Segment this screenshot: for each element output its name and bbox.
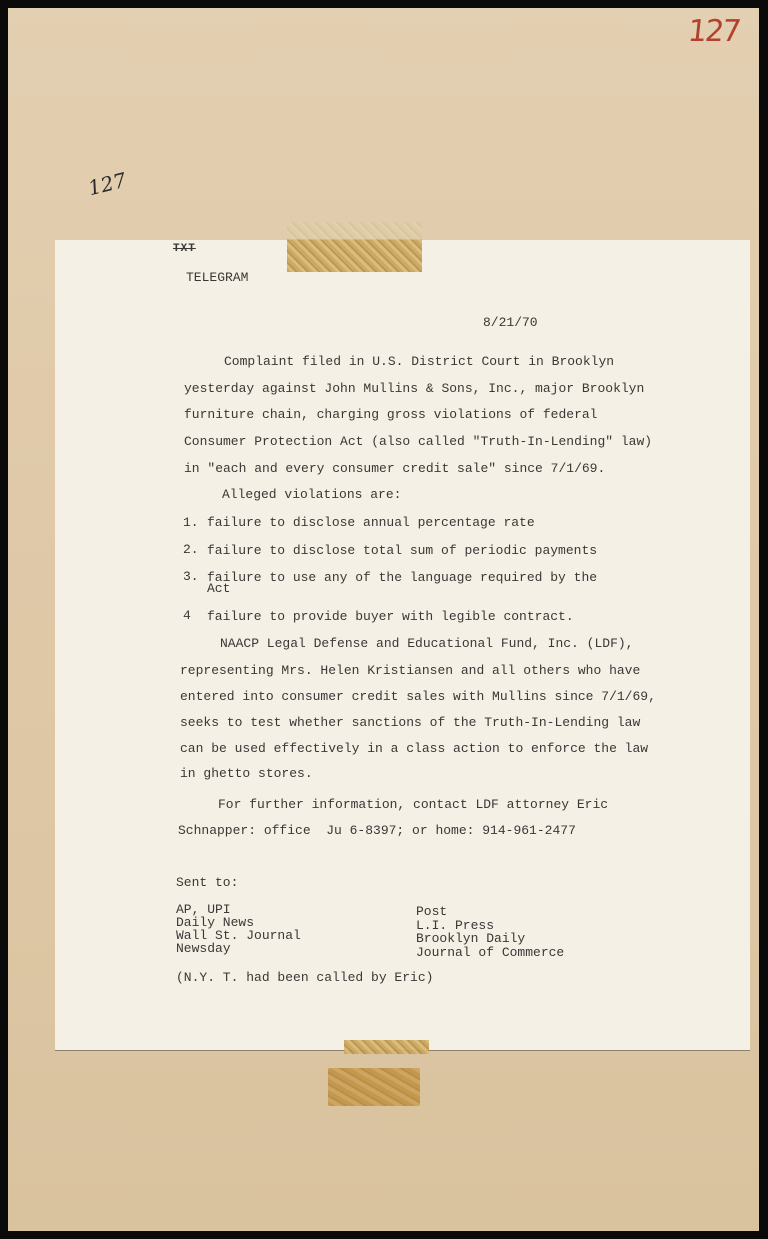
struck-heading: TXT — [173, 244, 196, 255]
paragraph-line: seeks to test whether sanctions of the T… — [180, 716, 640, 729]
paragraph-line: NAACP Legal Defense and Educational Fund… — [220, 637, 633, 650]
board-page-number: 127 — [686, 14, 741, 49]
paragraph-line: yesterday against John Mullins & Sons, I… — [184, 382, 644, 395]
recipient: Newsday — [176, 942, 231, 955]
tape-strip-bottom — [344, 1040, 429, 1054]
paragraph-line: Consumer Protection Act (also called "Tr… — [184, 435, 652, 448]
list-item: failure to use any of the language requi… — [207, 571, 597, 584]
sent-to-label: Sent to: — [176, 876, 238, 889]
paragraph-line: For further information, contact LDF att… — [218, 798, 608, 811]
list-item-number: 4 — [183, 609, 191, 622]
paragraph-line: in "each and every consumer credit sale"… — [184, 462, 605, 475]
list-item-number: 1. — [183, 516, 199, 529]
paragraph-line: representing Mrs. Helen Kristiansen and … — [180, 664, 640, 677]
list-item: failure to provide buyer with legible co… — [207, 610, 574, 623]
document-title: TELEGRAM — [186, 271, 248, 284]
recipient: Journal of Commerce — [416, 946, 564, 959]
list-item-continuation: Act — [207, 582, 230, 595]
list-item-number: 3. — [183, 570, 199, 583]
violations-intro: Alleged violations are: — [222, 488, 401, 501]
recipient: Post — [416, 905, 447, 918]
distribution-note: (N.Y. T. had been called by Eric) — [176, 971, 433, 984]
tape-residue — [328, 1068, 420, 1106]
paragraph-line: Complaint filed in U.S. District Court i… — [224, 355, 614, 368]
paragraph-line: furniture chain, charging gross violatio… — [184, 408, 597, 421]
recipient: Brooklyn Daily — [416, 932, 525, 945]
paragraph-line: entered into consumer credit sales with … — [180, 690, 656, 703]
document-date: 8/21/70 — [483, 316, 538, 329]
paragraph-line: Schnapper: office Ju 6-8397; or home: 91… — [178, 824, 576, 837]
paragraph-line: in ghetto stores. — [180, 767, 313, 780]
paragraph-line: can be used effectively in a class actio… — [180, 742, 648, 755]
list-item: failure to disclose annual percentage ra… — [207, 516, 535, 529]
list-item-number: 2. — [183, 543, 199, 556]
list-item: failure to disclose total sum of periodi… — [207, 544, 597, 557]
tape-strip-top — [287, 222, 422, 272]
